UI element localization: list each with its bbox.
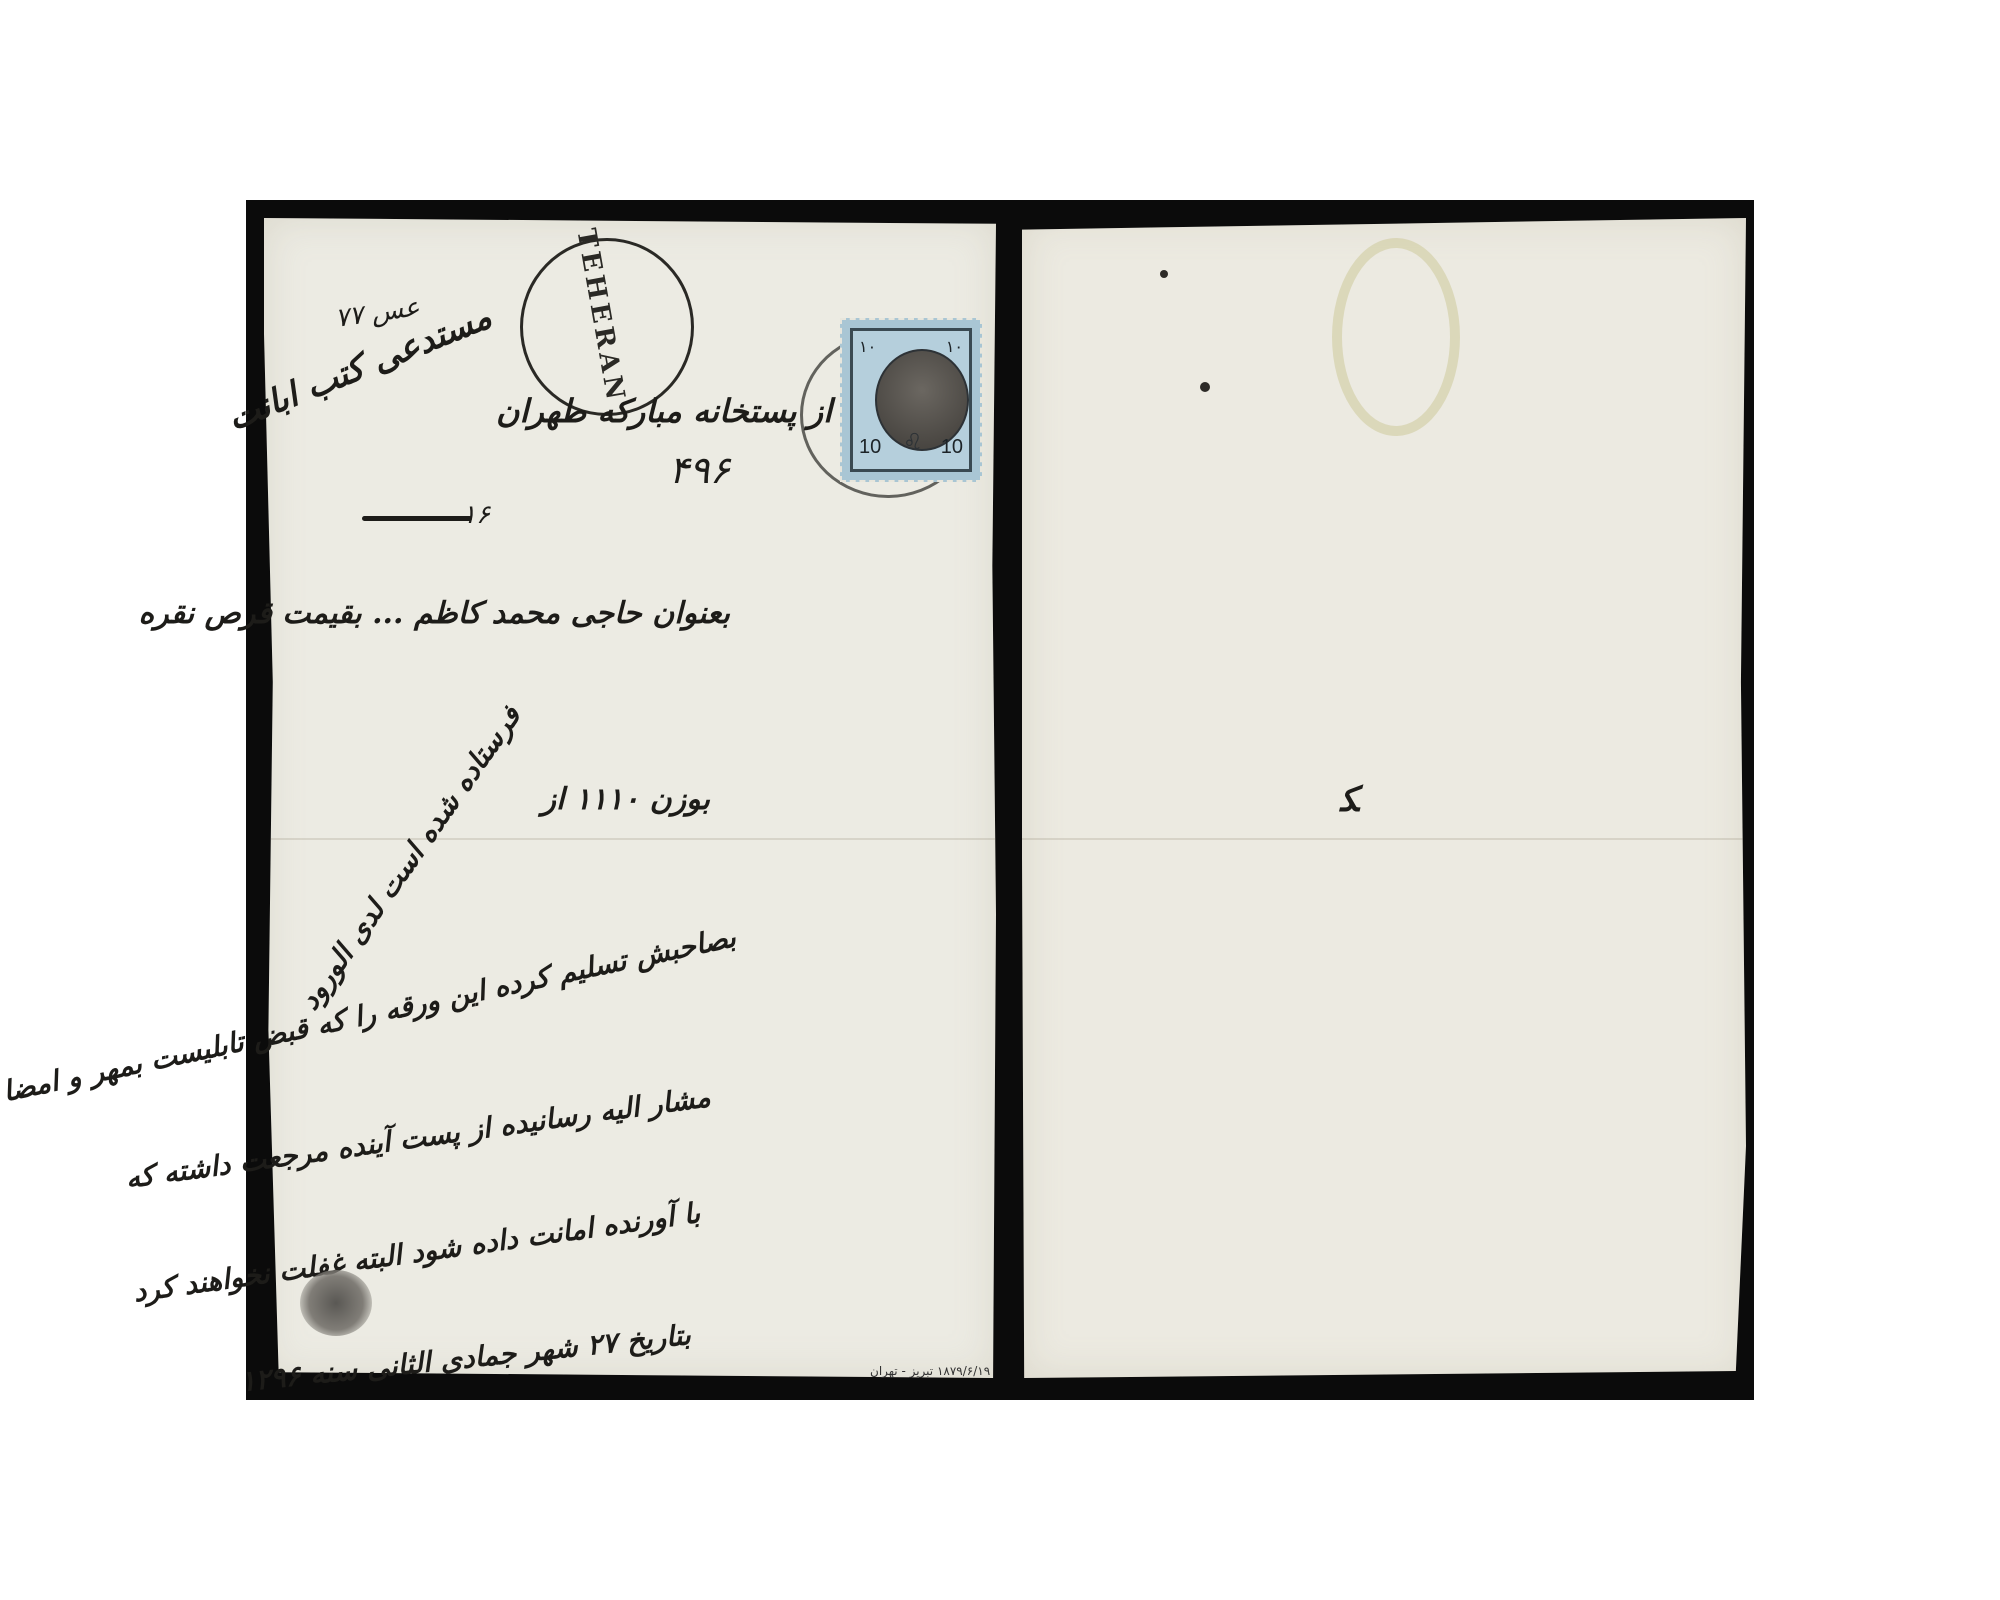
- stamp-value-bottom-left: 10: [859, 436, 881, 459]
- stamp-value-top-left: ۱۰: [859, 337, 876, 357]
- manuscript-line: از پستخانه مبارکه طهران: [496, 392, 832, 430]
- fold-line: [264, 838, 996, 840]
- reverse-signature-mark: ﮑ: [1340, 780, 1359, 820]
- stamp-value-top-right: ۱۰: [946, 337, 963, 357]
- postmark-text: TEHERAN: [570, 226, 630, 406]
- postage-stamp: ۱۰ ۱۰ 10 10 ♌: [840, 318, 982, 482]
- stamp-frame: ۱۰ ۱۰ 10 10 ♌: [850, 328, 972, 472]
- ink-speckles: [1200, 382, 1210, 392]
- ink-speckles: [1160, 270, 1168, 278]
- teheran-postmark: TEHERAN: [520, 238, 694, 416]
- manuscript-line: بوزن ۱۱۱۰ از: [541, 782, 710, 817]
- manuscript-line: ۴۹۶: [669, 448, 730, 492]
- lion-and-sun-icon: ♌: [903, 430, 923, 455]
- manuscript-line: بعنوان حاجی محمد کاظم ... بقیمت قرص نقره: [138, 596, 730, 631]
- fold-line: [1022, 838, 1746, 840]
- ink-seal-stamp: [300, 1270, 372, 1336]
- stamp-value-bottom-right: 10: [941, 436, 963, 459]
- archive-caption: ۱۸۷۹/۶/۱۹ تبریز - تهران: [870, 1364, 990, 1378]
- manuscript-line: ۱۶: [462, 500, 490, 530]
- ghost-postmark-offset: [1332, 238, 1460, 436]
- ink-dash: [362, 516, 472, 521]
